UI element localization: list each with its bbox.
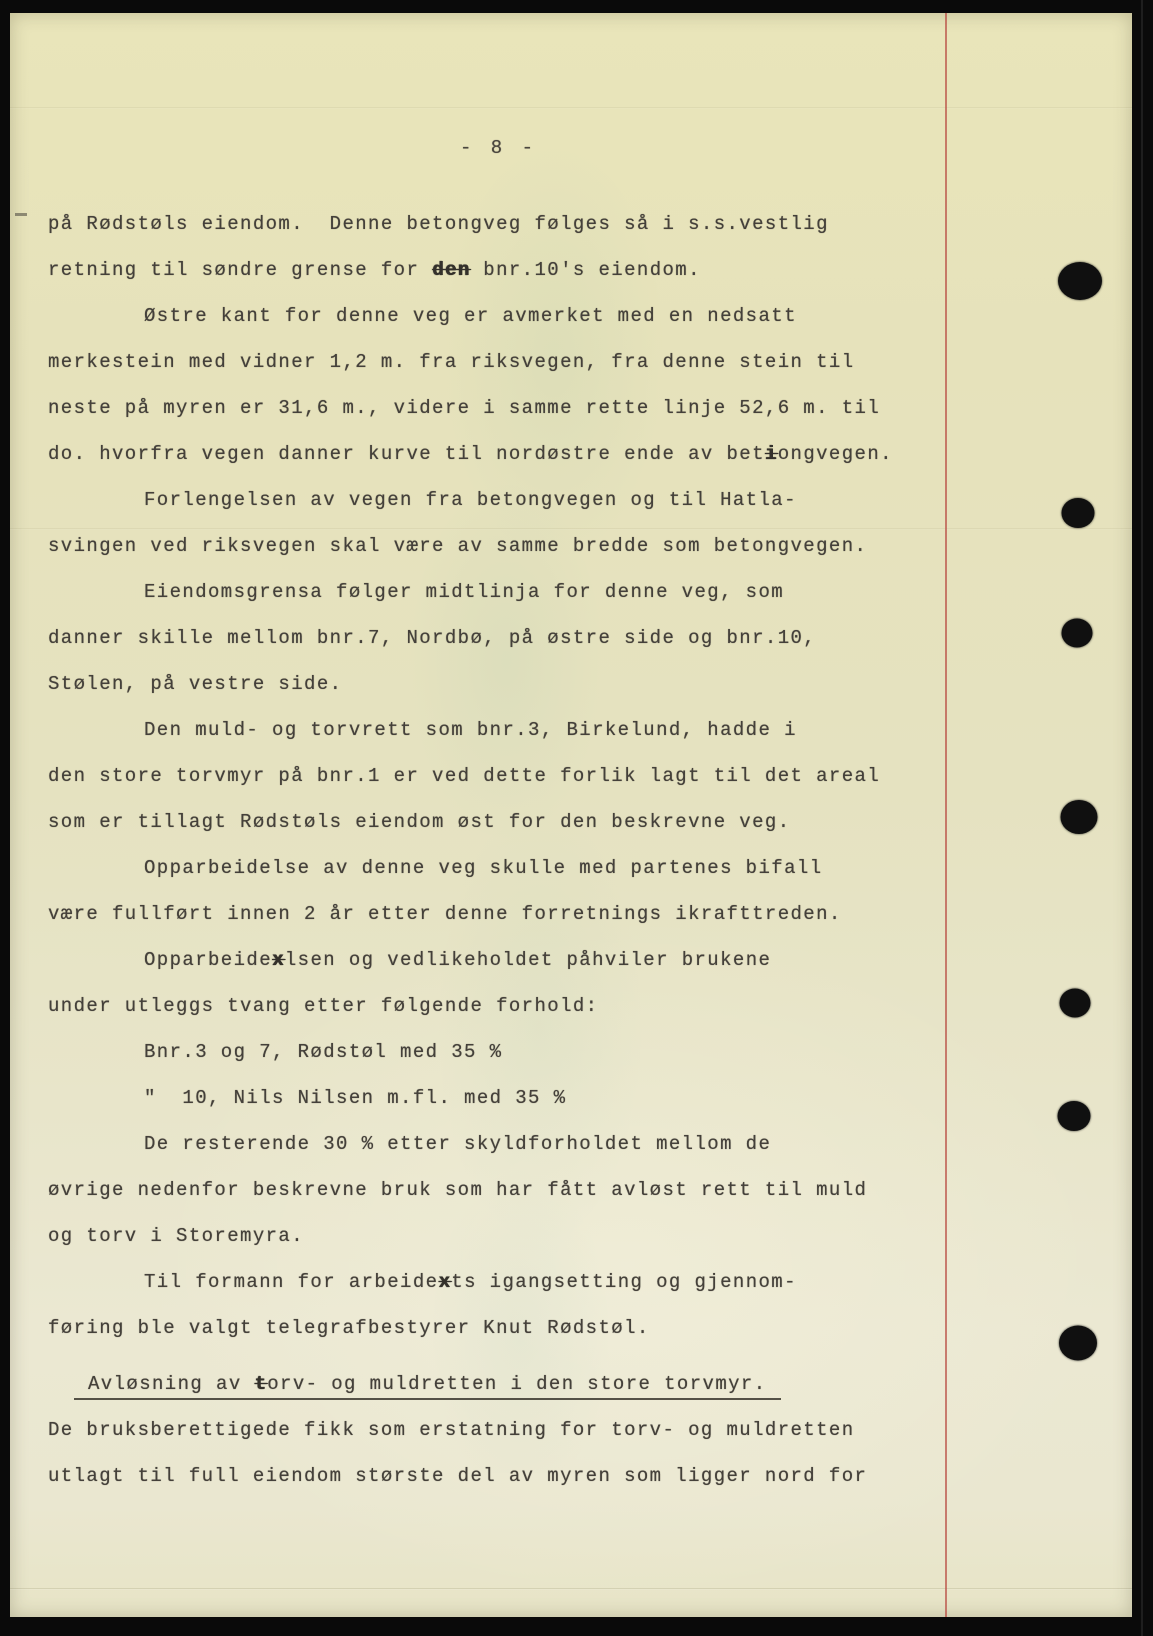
text-line: utlagt til full eiendom største del av m…: [48, 1453, 982, 1499]
text-line: øvrige nedenfor beskrevne bruk som har f…: [48, 1167, 982, 1213]
text-line: på Rødstøls eiendom. Denne betongveg føl…: [48, 201, 982, 247]
text-line: " 10, Nils Nilsen m.fl. med 35 %: [48, 1075, 982, 1121]
text-line: som er tillagt Rødstøls eiendom øst for …: [48, 799, 982, 845]
section-heading-line: Avløsning av torv- og muldretten i den s…: [48, 1361, 982, 1407]
overstruck-text: x: [272, 949, 285, 971]
paper-sheet: - 8 - på Rødstøls eiendom. Denne betongv…: [10, 13, 1132, 1617]
paper-crease: [10, 107, 1132, 108]
text-line: merkestein med vidner 1,2 m. fra riksveg…: [48, 339, 982, 385]
punch-hole: [1061, 800, 1098, 834]
punch-hole: [1062, 498, 1095, 528]
scan-artifact-dash: [15, 213, 27, 216]
punch-hole: [1062, 619, 1093, 648]
scanned-document-page: - 8 - på Rødstøls eiendom. Denne betongv…: [0, 0, 1153, 1636]
text-line: Stølen, på vestre side.: [48, 661, 982, 707]
text-line: Østre kant for denne veg er avmerket med…: [48, 293, 982, 339]
text-line: Opparbeidexlsen og vedlikeholdet påhvile…: [48, 937, 982, 983]
punch-hole: [1059, 1326, 1097, 1361]
text-line: Til formann for arbeidexts igangsetting …: [48, 1259, 982, 1305]
text-line: Opparbeidelse av denne veg skulle med pa…: [48, 845, 982, 891]
paper-crease: [10, 1588, 1132, 1589]
overstruck-text: den: [432, 259, 470, 281]
text-line: retning til søndre grense for den bnr.10…: [48, 247, 982, 293]
text-line: være fullført innen 2 år etter denne for…: [48, 891, 982, 937]
text-line: føring ble valgt telegrafbestyrer Knut R…: [48, 1305, 982, 1351]
text-line: neste på myren er 31,6 m., videre i samm…: [48, 385, 982, 431]
overstruck-text: t: [254, 1373, 267, 1395]
text-line: og torv i Storemyra.: [48, 1213, 982, 1259]
text-line: do. hvorfra vegen danner kurve til nordø…: [48, 431, 982, 477]
punch-hole: [1058, 1101, 1091, 1131]
text-line: svingen ved riksvegen skal være av samme…: [48, 523, 982, 569]
punch-hole: [1058, 262, 1102, 300]
scanner-edge-line: [1141, 0, 1143, 1636]
text-line: danner skille mellom bnr.7, Nordbø, på ø…: [48, 615, 982, 661]
text-line: Forlengelsen av vegen fra betongvegen og…: [48, 477, 982, 523]
text-line: De bruksberettigede fikk som erstatning …: [48, 1407, 982, 1453]
text-line: De resterende 30 % etter skyldforholdet …: [48, 1121, 982, 1167]
overstruck-text: x: [438, 1271, 451, 1293]
page-number: - 8 -: [460, 137, 537, 159]
text-line: Den muld- og torvrett som bnr.3, Birkelu…: [48, 707, 982, 753]
text-line: Eiendomsgrensa følger midtlinja for denn…: [48, 569, 982, 615]
text-line: den store torvmyr på bnr.1 er ved dette …: [48, 753, 982, 799]
overstruck-text: i: [765, 443, 778, 465]
text-line: Bnr.3 og 7, Rødstøl med 35 %: [48, 1029, 982, 1075]
punch-hole: [1060, 989, 1091, 1018]
document-text: på Rødstøls eiendom. Denne betongveg føl…: [48, 201, 982, 1499]
text-line: under utleggs tvang etter følgende forho…: [48, 983, 982, 1029]
